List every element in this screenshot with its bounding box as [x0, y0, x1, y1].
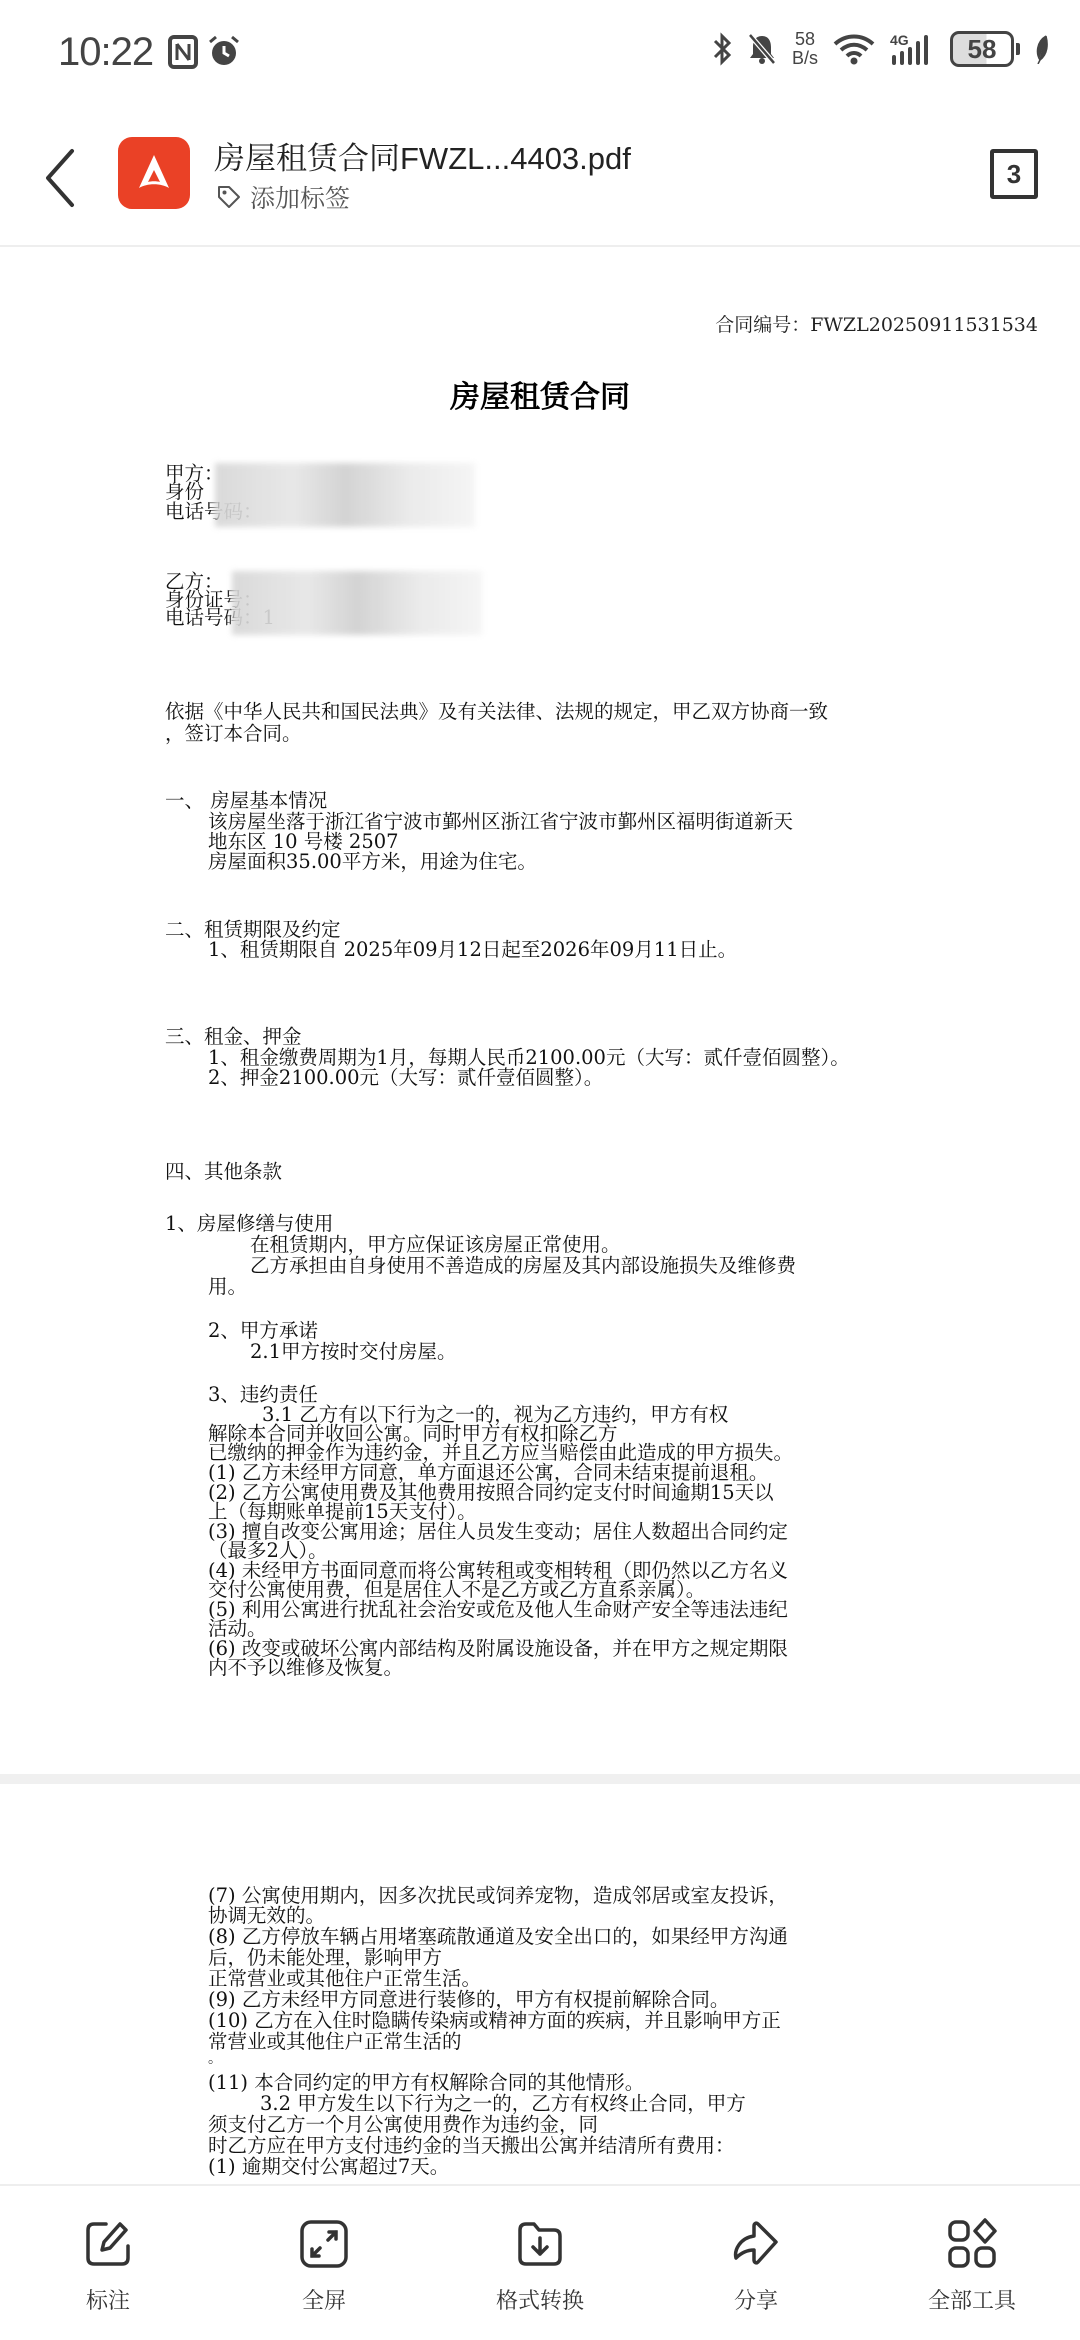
sub-3-line: 活动。	[208, 1618, 267, 1639]
mute-icon	[746, 32, 778, 66]
annotate-icon	[80, 2216, 136, 2272]
file-name: 房屋租赁合同FWZL...4403.pdf	[214, 133, 631, 178]
alarm-icon	[206, 34, 242, 70]
fullscreen-label: 全屏	[302, 2284, 346, 2315]
sub-3-line: (5) 利用公寓进行扰乱社会治安或危及他人生命财产安全等违法违纪	[208, 1599, 788, 1620]
page-count-button[interactable]: 3	[990, 149, 1038, 199]
party-a-id-label: 身份	[165, 481, 204, 502]
sub-3-line: （最多2人）。	[208, 1540, 328, 1561]
section-3-line: 2、押金2100.00元（大写：贰仟壹佰圆整）。	[208, 1067, 603, 1088]
pdf-app-icon	[118, 137, 190, 209]
fullscreen-button[interactable]: 全屏	[216, 2186, 432, 2340]
sub-3-line: 上（每期账单提前15天支付）。	[208, 1501, 477, 1522]
status-left-icons	[168, 34, 242, 70]
preamble-line: 依据《中华人民共和国民法典》及有关法律、法规的规定，甲乙双方协商一致	[165, 701, 828, 722]
share-button[interactable]: 分享	[648, 2186, 864, 2340]
document-header: 房屋租赁合同FWZL...4403.pdf 添加标签 3	[0, 105, 1080, 247]
format-convert-label: 格式转换	[496, 2284, 584, 2315]
app-logo-icon	[131, 150, 177, 196]
page-2-line: 。	[208, 2049, 222, 2070]
sub-1-line: 在租赁期内，甲方应保证该房屋正常使用。	[250, 1234, 621, 1255]
document-title: 房屋租赁合同	[0, 387, 1080, 408]
page-2-line: 3.2 甲方发生以下行为之一的，乙方有权终止合同，甲方	[260, 2093, 746, 2114]
page-2-line: 须支付乙方一个月公寓使用费作为违约金，同	[208, 2114, 598, 2135]
page-2-line: 正常营业或其他住户正常生活。	[208, 1968, 481, 1989]
nfc-icon	[168, 34, 198, 70]
page-2-line: (10) 乙方在入住时隐瞒传染病或精神方面的疾病，并且影响甲方正	[208, 2010, 781, 2031]
all-tools-icon	[944, 2216, 1000, 2272]
sub-3-line: 交付公寓使用费，但是居住人不是乙方或乙方直系亲属）。	[208, 1579, 705, 1600]
section-3-heading: 三、租金、押金	[165, 1026, 302, 1047]
page-2-line: 协调无效的。	[208, 1905, 325, 1926]
sub-2-heading: 2、甲方承诺	[208, 1320, 318, 1341]
contract-number: 合同编号：FWZL20250911531534	[715, 315, 1038, 336]
section-1-line: 该房屋坐落于浙江省宁波市鄞州区浙江省宁波市鄞州区福明街道新天	[208, 811, 793, 832]
svg-text:4G: 4G	[890, 32, 909, 48]
sub-1-line: 用。	[208, 1276, 247, 1297]
battery-tip	[1016, 43, 1020, 55]
sub-3-heading: 3、违约责任	[208, 1384, 318, 1405]
sub-1-heading: 1、房屋修缮与使用	[165, 1213, 333, 1234]
fullscreen-icon	[296, 2216, 352, 2272]
net-speed: 58 B/s	[792, 30, 818, 68]
page-2-line: 后，仍未能处理，影响甲方	[208, 1947, 442, 1968]
section-1-line: 地东区 10 号楼 2507	[208, 831, 399, 852]
page-2-line: (8) 乙方停放车辆占用堵塞疏散通道及安全出口的，如果经甲方沟通	[208, 1926, 788, 1947]
preamble-line: ，签订本合同。	[165, 723, 302, 744]
share-icon	[728, 2216, 784, 2272]
format-convert-icon	[512, 2216, 568, 2272]
section-2-heading: 二、租赁期限及约定	[165, 919, 341, 940]
section-1-heading: 一、 房屋基本情况	[165, 790, 327, 811]
section-1-line: 房屋面积35.00平方米，用途为住宅。	[208, 851, 537, 872]
add-tag-label: 添加标签	[250, 179, 350, 215]
back-button[interactable]	[36, 143, 86, 213]
page-2-line: (7) 公寓使用期内，因多次扰民或饲养宠物，造成邻居或室友投诉，	[208, 1885, 788, 1906]
section-4-heading: 四、其他条款	[165, 1161, 282, 1182]
page-2-line: (9) 乙方未经甲方同意进行装修的，甲方有权提前解除合同。	[208, 1989, 729, 2010]
status-bar: 10:22 58 B/s 4G 58	[0, 0, 1080, 105]
section-3-line: 1、租金缴费周期为1月，每期人民币2100.00元（大写：贰仟壹佰圆整）。	[208, 1047, 850, 1068]
redacted-party-b	[232, 571, 482, 635]
page-2-line: 常营业或其他住户正常生活的	[208, 2031, 462, 2052]
annotate-label: 标注	[86, 2284, 130, 2315]
page-2-line: (1) 逾期交付公寓超过7天。	[208, 2156, 449, 2177]
bluetooth-icon	[712, 32, 732, 66]
add-tag-button[interactable]: 添加标签	[216, 179, 350, 215]
wifi-icon	[832, 32, 876, 66]
pdf-viewer[interactable]: 合同编号：FWZL20250911531534 房屋租赁合同 甲方： 身份 电话…	[0, 249, 1080, 2184]
redacted-party-a	[215, 463, 475, 527]
sub-2-line: 2.1甲方按时交付房屋。	[250, 1341, 457, 1362]
tag-icon	[216, 184, 242, 210]
leaf-icon	[1034, 34, 1050, 64]
all-tools-label: 全部工具	[928, 2284, 1016, 2315]
signal-icon: 4G	[890, 31, 936, 67]
status-time: 10:22	[58, 30, 153, 75]
page-separator	[0, 1774, 1080, 1784]
format-convert-button[interactable]: 格式转换	[432, 2186, 648, 2340]
sub-3-line: (1) 乙方未经甲方同意，单方面退还公寓，合同未结束提前退租。	[208, 1462, 768, 1483]
sub-3-line: 内不予以维修及恢复。	[208, 1657, 403, 1678]
section-2-line: 1、租赁期限自 2025年09月12日起至2026年09月11日止。	[208, 939, 737, 960]
page-2-line: 时乙方应在甲方支付违约金的当天搬出公寓并结清所有费用：	[208, 2135, 735, 2156]
bottom-toolbar: 标注 全屏 格式转换 分享 全部工具	[0, 2184, 1080, 2340]
sub-1-line: 乙方承担由自身使用不善造成的房屋及其内部设施损失及维修费	[250, 1255, 796, 1276]
battery-icon: 58	[950, 31, 1014, 67]
share-label: 分享	[734, 2284, 778, 2315]
page-2-line: (11) 本合同约定的甲方有权解除合同的其他情形。	[208, 2072, 644, 2093]
status-right-icons: 58 B/s 4G 58	[712, 30, 1050, 68]
sub-3-line: 已缴纳的押金作为违约金，并且乙方应当赔偿由此造成的甲方损失。	[208, 1442, 793, 1463]
annotate-button[interactable]: 标注	[0, 2186, 216, 2340]
all-tools-button[interactable]: 全部工具	[864, 2186, 1080, 2340]
